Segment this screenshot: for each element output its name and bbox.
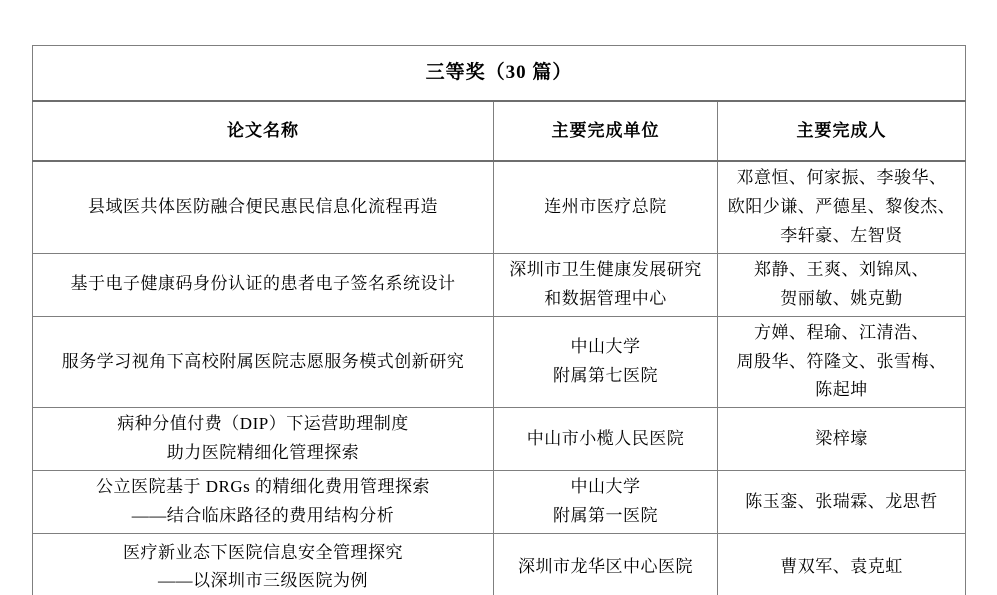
table-row: 基于电子健康码身份认证的患者电子签名系统设计 深圳市卫生健康发展研究 和数据管理… [33,253,966,316]
authors-cell: 方婵、程瑜、江清浩、 周殷华、符隆文、张雪梅、 陈起坤 [718,316,966,408]
column-header-paper-title: 论文名称 [33,101,494,161]
table-title-row: 三等奖（30 篇） [33,46,966,102]
unit-cell: 中山大学 附属第七医院 [494,316,718,408]
authors-cell: 梁梓壕 [718,408,966,471]
paper-title-cell: 县域医共体医防融合便民惠民信息化流程再造 [33,161,494,253]
table-title: 三等奖（30 篇） [33,46,966,102]
award-table: 三等奖（30 篇） 论文名称 主要完成单位 主要完成人 县域医共体医防融合便民惠… [32,45,966,595]
table-header-row: 论文名称 主要完成单位 主要完成人 [33,101,966,161]
unit-cell: 深圳市卫生健康发展研究 和数据管理中心 [494,253,718,316]
unit-cell: 中山市小榄人民医院 [494,408,718,471]
table-row: 病种分值付费（DIP）下运营助理制度 助力医院精细化管理探索 中山市小榄人民医院… [33,408,966,471]
paper-title-cell: 医疗新业态下医院信息安全管理探究 ——以深圳市三级医院为例 [33,533,494,595]
authors-cell: 郑静、王爽、刘锦凤、 贺丽敏、姚克勤 [718,253,966,316]
table-row: 医疗新业态下医院信息安全管理探究 ——以深圳市三级医院为例 深圳市龙华区中心医院… [33,533,966,595]
paper-title-cell: 公立医院基于 DRGs 的精细化费用管理探索 ——结合临床路径的费用结构分析 [33,471,494,534]
unit-cell: 中山大学 附属第一医院 [494,471,718,534]
document-page: 三等奖（30 篇） 论文名称 主要完成单位 主要完成人 县域医共体医防融合便民惠… [0,0,997,595]
unit-cell: 深圳市龙华区中心医院 [494,533,718,595]
paper-title-cell: 基于电子健康码身份认证的患者电子签名系统设计 [33,253,494,316]
unit-cell: 连州市医疗总院 [494,161,718,253]
column-header-main-unit: 主要完成单位 [494,101,718,161]
paper-title-cell: 服务学习视角下高校附属医院志愿服务模式创新研究 [33,316,494,408]
authors-cell: 陈玉銮、张瑞霖、龙思哲 [718,471,966,534]
table-row: 服务学习视角下高校附属医院志愿服务模式创新研究 中山大学 附属第七医院 方婵、程… [33,316,966,408]
authors-cell: 邓意恒、何家振、李骏华、 欧阳少谦、严德星、黎俊杰、 李轩豪、左智贤 [718,161,966,253]
column-header-main-contributors: 主要完成人 [718,101,966,161]
authors-cell: 曹双军、袁克虹 [718,533,966,595]
table-row: 公立医院基于 DRGs 的精细化费用管理探索 ——结合临床路径的费用结构分析 中… [33,471,966,534]
table-row: 县域医共体医防融合便民惠民信息化流程再造 连州市医疗总院 邓意恒、何家振、李骏华… [33,161,966,253]
paper-title-cell: 病种分值付费（DIP）下运营助理制度 助力医院精细化管理探索 [33,408,494,471]
